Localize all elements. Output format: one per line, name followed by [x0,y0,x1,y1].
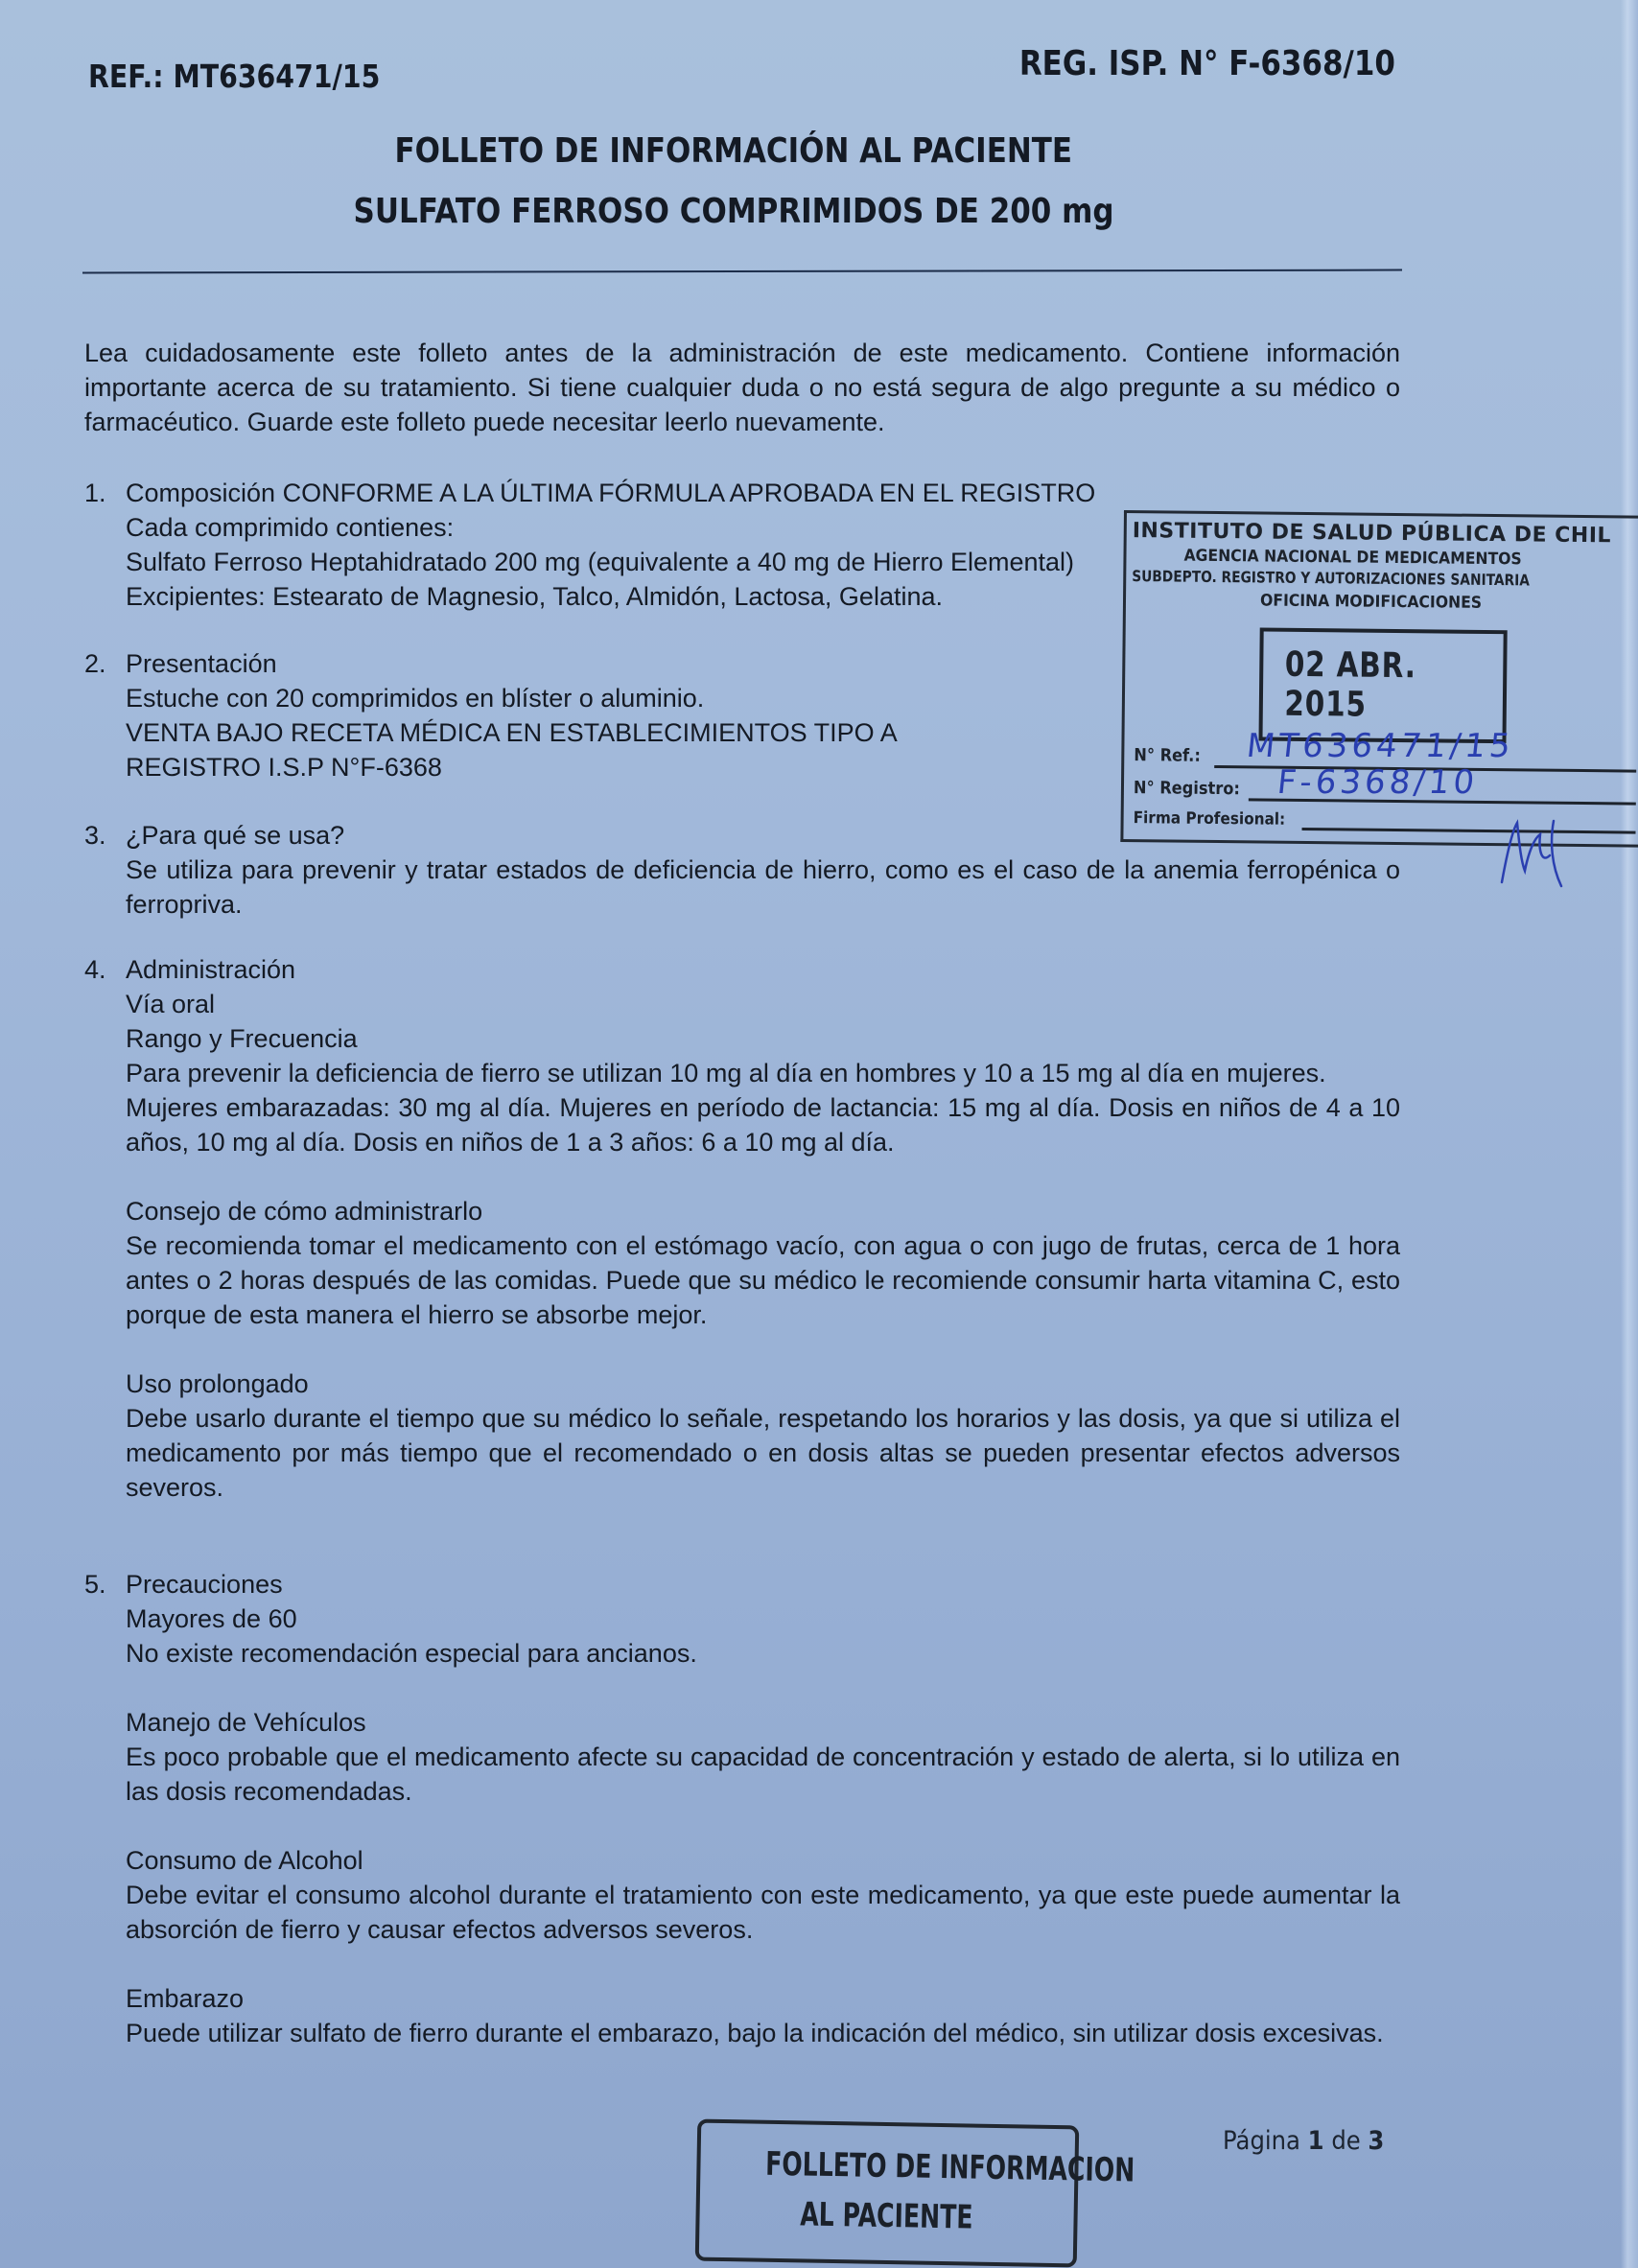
subsection-paragraph: Se recomienda tomar el medicamento con e… [126,1228,1400,1332]
handwritten-ref: MT636471/15 [1245,727,1516,765]
subsection-title: Consejo de cómo administrarlo [126,1194,1400,1228]
stamp-department: SUBDEPTO. REGISTRO Y AUTORIZACIONES SANI… [1132,567,1530,589]
document-title: FOLLETO DE INFORMACIÓN AL PACIENTE [0,131,1467,171]
subsection-paragraph: Es poco probable que el medicamento afec… [126,1740,1400,1809]
document-subtitle: SULFATO FERROSO COMPRIMIDOS DE 200 mg [0,192,1467,231]
stamp-firma-line [1302,828,1636,834]
subsection-paragraph: Mujeres embarazadas: 30 mg al día. Mujer… [126,1090,1400,1159]
section-administracion: 4. Administración Vía oral Rango y Frecu… [84,952,1400,1505]
subsection-title: Mayores de 60 [126,1602,1400,1636]
header-divider [82,269,1402,274]
reference-number: REF.: MT636471/15 [88,58,380,95]
stamp-office: OFICINA MODIFICACIONES [1260,591,1482,612]
subsection-paragraph: Debe usarlo durante el tiempo que su méd… [126,1401,1400,1505]
section-precauciones: 5. Precauciones Mayores de 60 No existe … [84,1567,1400,2050]
section-number: 2. [84,646,106,681]
section-heading: Administración [126,952,1400,987]
section-number: 3. [84,818,106,853]
stamp-institute: INSTITUTO DE SALUD PÚBLICA DE CHIL [1133,519,1611,548]
subsection-title: Consumo de Alcohol [126,1843,1400,1878]
signature-icon [1494,813,1580,890]
section-number: 1. [84,476,106,510]
route: Vía oral [126,987,1400,1021]
patient-leaflet-stamp: FOLLETO DE INFORMACION AL PACIENTE [695,2119,1080,2268]
stamp-registro-label: N° Registro: [1134,778,1240,799]
subsection-paragraph: Debe evitar el consumo alcohol durante e… [126,1878,1400,1947]
paper-edge [1621,0,1638,2268]
section-number: 5. [84,1567,106,1602]
section-heading: Precauciones [126,1567,1400,1602]
page-number: Página 1 de 3 [1223,2126,1384,2156]
subsection-paragraph: No existe recomendación especial para an… [126,1636,1400,1671]
stamp-ref-label: N° Ref.: [1134,745,1201,766]
section-number: 4. [84,952,106,987]
subsection-paragraph: Puede utilizar sulfato de fierro durante… [126,2016,1400,2050]
subsection-title: Embarazo [126,1981,1400,2016]
handwritten-registro: F-6368/10 [1275,763,1480,802]
registration-number: REG. ISP. N° F-6368/10 [1019,44,1395,83]
intro-paragraph: Lea cuidadosamente este folleto antes de… [84,336,1400,439]
stamp-firma-label: Firma Profesional: [1134,808,1286,830]
subsection-title: Manejo de Vehículos [126,1705,1400,1740]
subsection-title: Uso prolongado [126,1367,1400,1401]
stamp-agency: AGENCIA NACIONAL DE MEDICAMENTOS [1183,547,1521,570]
subsection-paragraph: Para prevenir la deficiencia de fierro s… [126,1056,1400,1090]
section-text: Se utiliza para prevenir y tratar estado… [126,853,1400,922]
subsection-title: Rango y Frecuencia [126,1021,1400,1056]
section-heading: Composición CONFORME A LA ÚLTIMA FÓRMULA… [126,476,1400,510]
